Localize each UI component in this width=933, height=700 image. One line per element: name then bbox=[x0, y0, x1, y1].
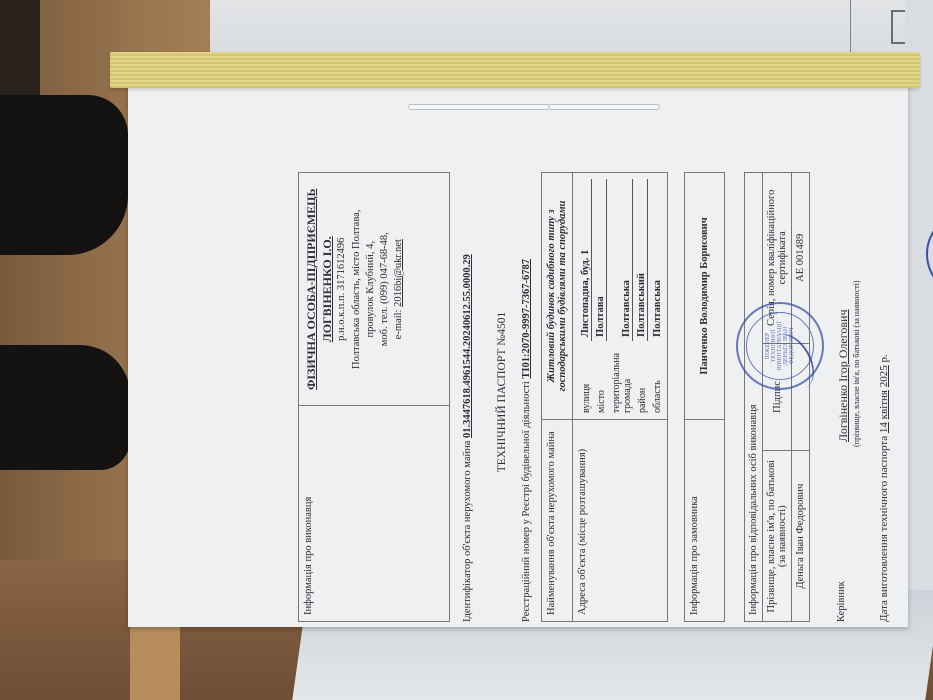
address-key: територіальна громада bbox=[611, 341, 633, 413]
firm-title: ФІЗИЧНА ОСОБА-ПІДПРИЄМЕЦЬ bbox=[303, 179, 319, 399]
address-key: вулиця bbox=[581, 341, 592, 413]
registry-label: Реєстраційний номер у Реєстрі будівельно… bbox=[521, 381, 532, 622]
address-line-1: Полтавська область, місто Полтава, bbox=[350, 179, 364, 399]
dark-object-2 bbox=[0, 345, 130, 470]
object-address-label: Адреса об'єкта (місце розташування) bbox=[573, 419, 668, 621]
head-hint: (прізвище, власне ім'я, по батькові (за … bbox=[852, 281, 861, 448]
punch-hole-slot bbox=[548, 104, 660, 110]
identifier-line: Ідентифікатор об'єкта нерухомого майна 0… bbox=[462, 152, 473, 622]
identifier-label: Ідентифікатор об'єкта нерухомого майна bbox=[462, 441, 473, 622]
document-title: ТЕХНІЧНИЙ ПАСПОРТ №4501 bbox=[496, 142, 508, 642]
date-day: 14 bbox=[878, 422, 890, 433]
registry-value: ТІ01:2070-9997-7367-6787 bbox=[521, 259, 532, 379]
address-value: Полтавська bbox=[621, 179, 633, 341]
address-row-region: область Полтавська bbox=[648, 179, 663, 413]
col-name-header: Прізвище, власне ім'я, по батькові (за н… bbox=[763, 451, 792, 622]
address-row-community: територіальна громада Полтавська bbox=[607, 179, 633, 413]
customer-label: Інформація про замовника bbox=[685, 419, 725, 621]
object-table: Найменування об'єкта нерухомого майна Жи… bbox=[541, 172, 668, 622]
firm-name: ЛОГВІНЕНКО І.О. bbox=[319, 179, 335, 399]
email-line: e-mail: 2016bi@ukr.net bbox=[392, 179, 406, 399]
binder-strip bbox=[110, 52, 920, 88]
punch-hole-slot bbox=[408, 104, 550, 110]
email-label: e-mail: bbox=[393, 310, 404, 340]
address-line-2: провулок Клубний, 4, bbox=[364, 179, 378, 399]
address-key: район bbox=[637, 341, 648, 413]
date-label: Дата виготовлення технічного паспорта bbox=[878, 436, 890, 622]
executor-table: Інформація про виконавця ФІЗИЧНА ОСОБА-П… bbox=[298, 172, 450, 622]
technical-passport: Інформація про виконавця ФІЗИЧНА ОСОБА-П… bbox=[266, 142, 933, 642]
address-value: Листопадна, буд. 1 bbox=[580, 179, 592, 341]
responsible-name: Деньга Іван Федорович bbox=[792, 451, 810, 622]
email-link[interactable]: 2016bi@ukr.net bbox=[393, 239, 404, 307]
head-line: Керівник Логвіненко Ігор Олегович (прізв… bbox=[836, 152, 847, 622]
responsible-table: Інформація про відповідальних осіб викон… bbox=[744, 172, 810, 622]
address-value: Полтавська bbox=[652, 179, 663, 341]
address-row-city: місто Полтава bbox=[592, 179, 607, 413]
identifier-value: 01.3447618.4961544.20240612.55.0000.29 bbox=[462, 254, 473, 438]
tax-id: р.н.о.к.п.п. 3171612496 bbox=[335, 179, 349, 399]
dark-object-1 bbox=[0, 95, 128, 255]
date-year: 2025 bbox=[878, 365, 890, 387]
dark-object-corner bbox=[0, 0, 40, 95]
phone: моб. тел. (099) 047-68-48, bbox=[378, 179, 392, 399]
registry-line: Реєстраційний номер у Реєстрі будівельно… bbox=[521, 142, 532, 622]
date-line: Дата виготовлення технічного паспорта 14… bbox=[878, 354, 890, 622]
object-address-rows: вулиця Листопадна, буд. 1 місто Полтава … bbox=[573, 173, 668, 420]
address-row-street: вулиця Листопадна, буд. 1 bbox=[577, 179, 592, 413]
date-month: квітня bbox=[878, 390, 890, 419]
head-label: Керівник bbox=[836, 581, 847, 622]
customer-table: Інформація про замовника Панченко Володи… bbox=[684, 172, 725, 622]
address-value: Полтавський bbox=[636, 179, 648, 341]
executor-info: ФІЗИЧНА ОСОБА-ПІДПРИЄМЕЦЬ ЛОГВІНЕНКО І.О… bbox=[299, 173, 450, 406]
object-name-value: Житловий будинок садибного типу з господ… bbox=[542, 173, 573, 420]
executor-label: Інформація про виконавця bbox=[299, 406, 450, 622]
object-name-label: Найменування об'єкта нерухомого майна bbox=[542, 419, 573, 621]
head-name: Логвіненко Ігор Олегович bbox=[836, 310, 851, 443]
address-key: область bbox=[652, 341, 663, 413]
address-value: Полтава bbox=[595, 179, 607, 341]
address-key: місто bbox=[596, 341, 607, 413]
address-row-district: район Полтавський bbox=[633, 179, 648, 413]
responsible-header: Інформація про відповідальних осіб викон… bbox=[745, 173, 763, 622]
document-page: Інформація про виконавця ФІЗИЧНА ОСОБА-П… bbox=[128, 82, 908, 627]
customer-value: Панченко Володимир Борисович bbox=[685, 173, 725, 420]
fop-stamp: ЛОГВІНЕНКО ІГОР ОЛЕГОВИЧ 3171612496 bbox=[926, 211, 933, 297]
date-suffix: р. bbox=[878, 354, 890, 362]
table-row: Деньга Іван Федорович АЕ 001489 bbox=[792, 173, 810, 622]
